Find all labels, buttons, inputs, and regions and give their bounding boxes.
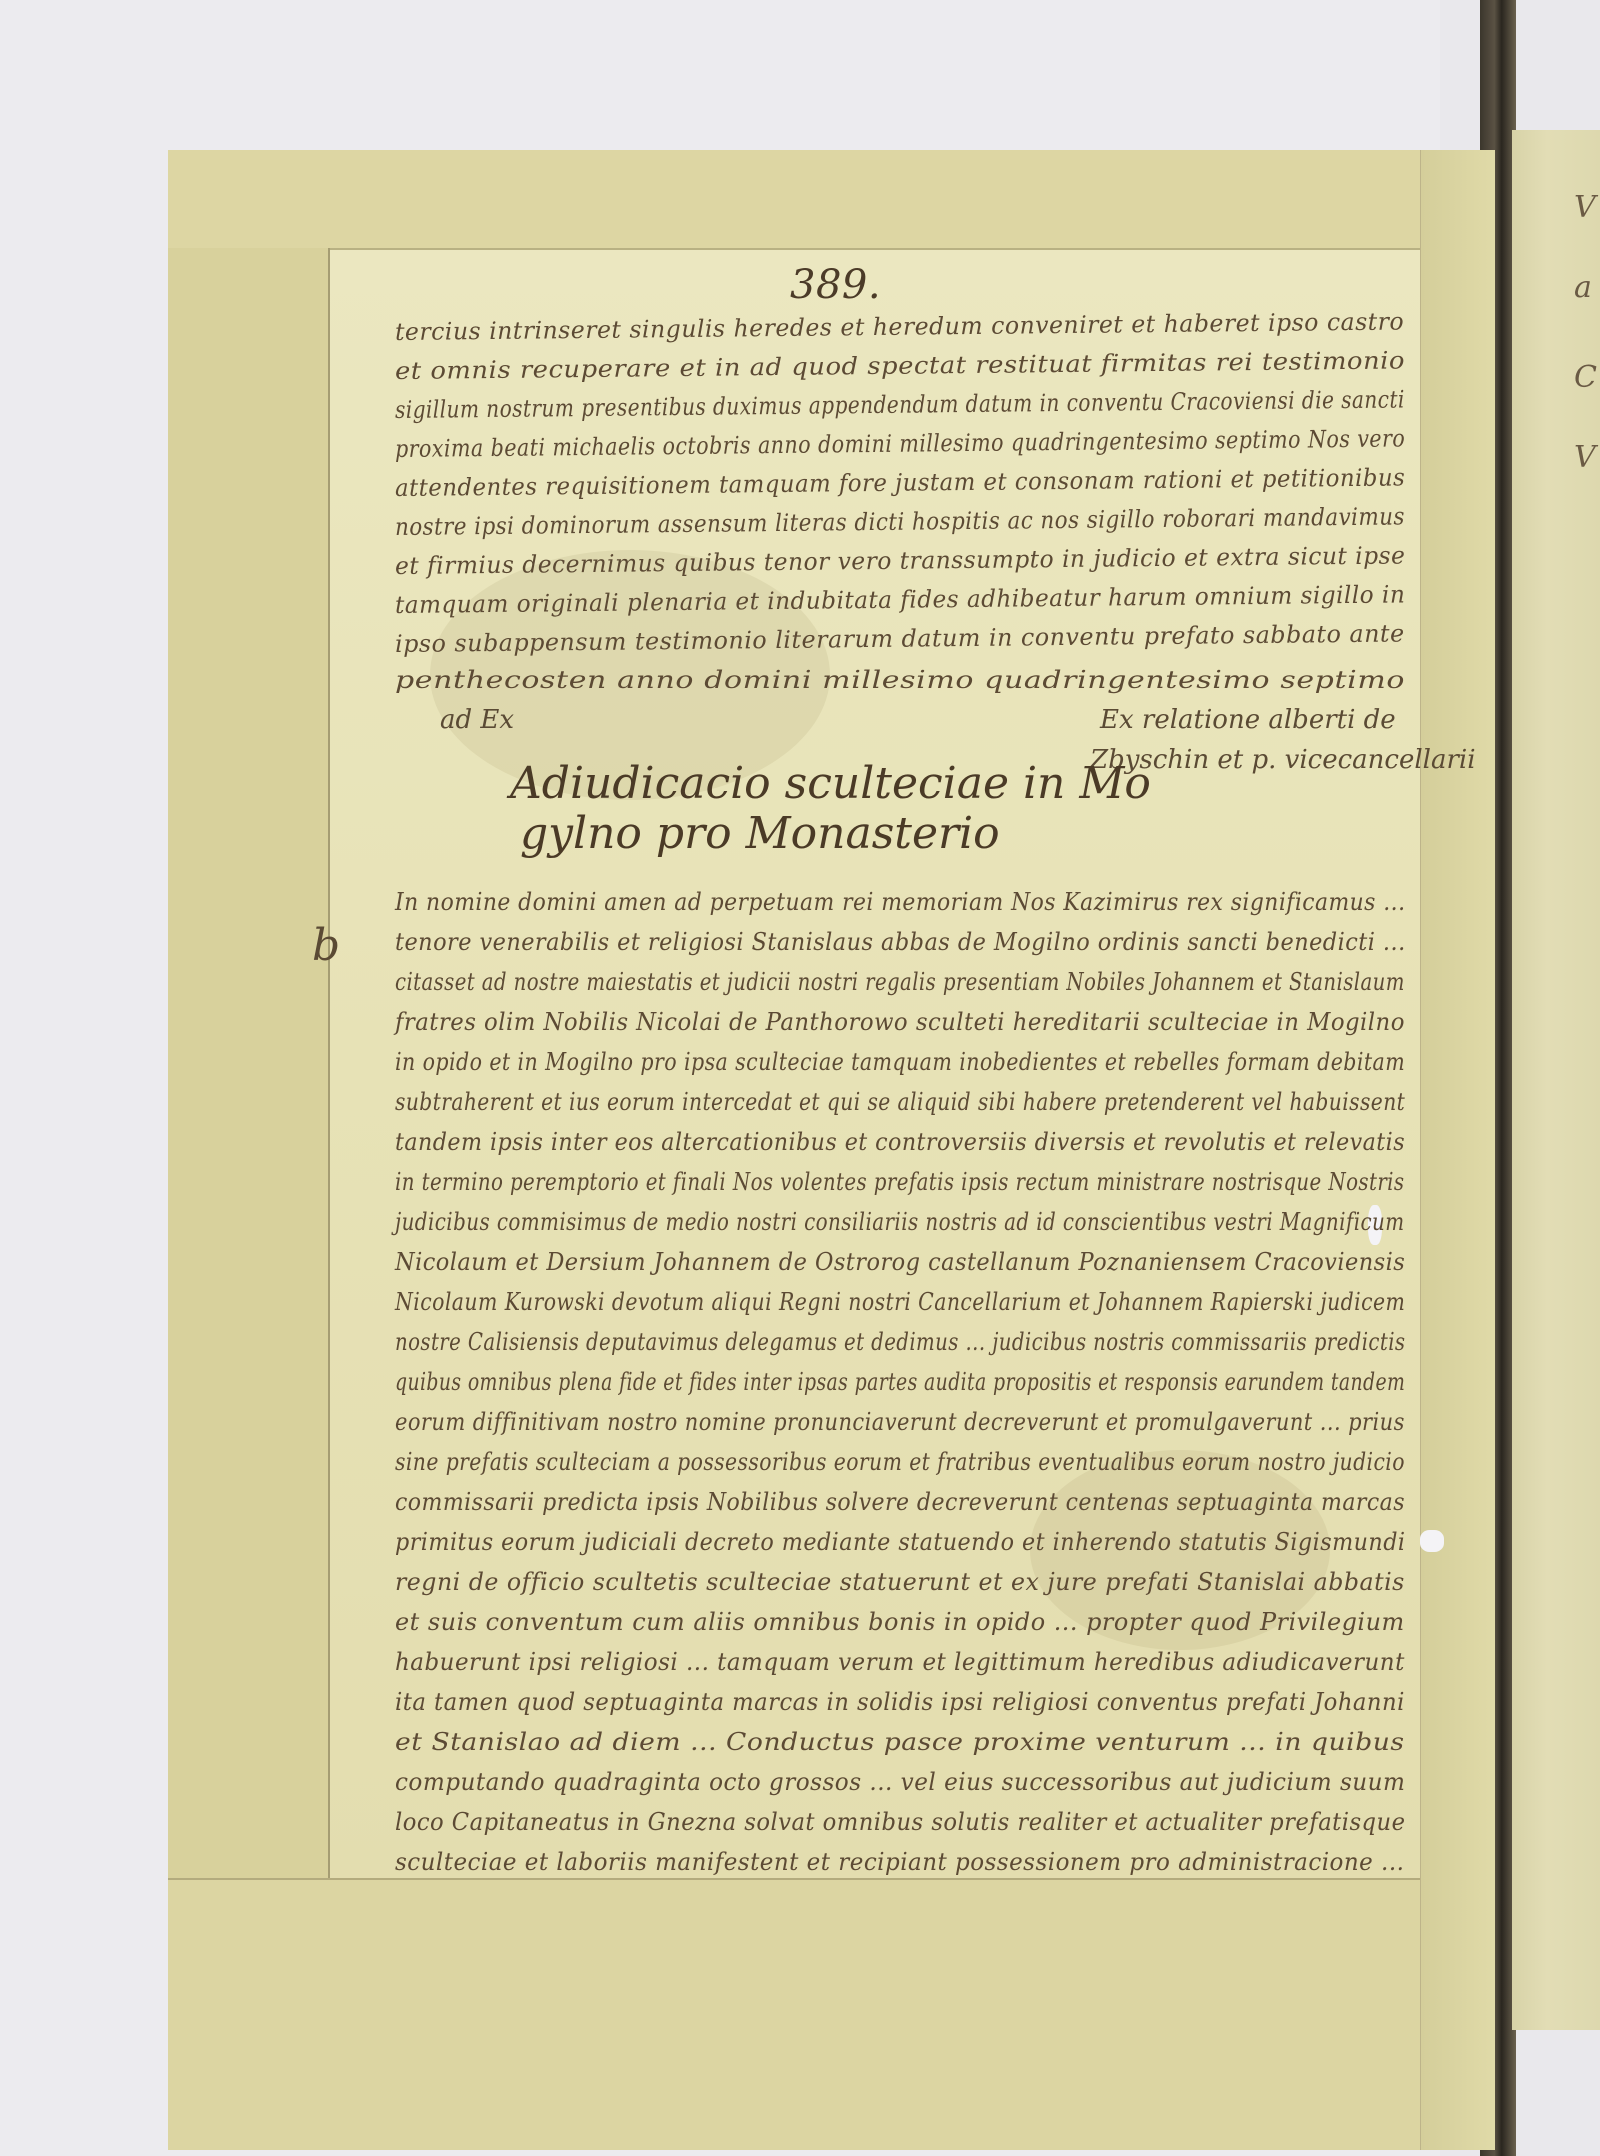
text-line: subtraherent et ius eorum intercedat et …: [395, 1088, 1405, 1116]
text-line: eorum diffinitivam nostro nomine pronunc…: [395, 1408, 1405, 1436]
text-line: et Stanislao ad diem ... Conductus pasce…: [395, 1728, 1405, 1756]
signature-line: Ex relatione alberti de: [1100, 705, 1396, 735]
adjacent-page-edge: V a C V: [1512, 130, 1600, 2030]
text-line: sculteciae et laboriis manifestent et re…: [395, 1848, 1404, 1876]
adjacent-page-glyph: C: [1574, 360, 1597, 395]
text-line: In nomine domini amen ad perpetuam rei m…: [395, 888, 1405, 916]
text-line: penthecosten anno domini millesimo quadr…: [395, 666, 1405, 694]
text-line: commissarii predicta ipsis Nobilibus sol…: [395, 1488, 1405, 1516]
leaf-left-margin-strip: [168, 248, 330, 1878]
text-line: tandem ipsis inter eos altercationibus e…: [395, 1128, 1405, 1156]
text-line: Nicolaum et Dersium Johannem de Ostrorog…: [395, 1248, 1405, 1276]
heading-line: gylno pro Monasterio: [520, 808, 1000, 859]
text-line: nostre Calisiensis deputavimus delegamus…: [395, 1328, 1405, 1356]
text-line: et suis conventum cum aliis omnibus boni…: [395, 1608, 1405, 1636]
text-line: sine prefatis sculteciam a possessoribus…: [395, 1448, 1405, 1476]
adjacent-page-glyph: V: [1574, 190, 1596, 225]
leaf-right-fold: [1420, 150, 1495, 2150]
text-line: habuerunt ipsi religiosi ... tamquam ver…: [395, 1648, 1405, 1676]
text-line: primitus eorum judiciali decreto mediant…: [395, 1528, 1406, 1556]
text-line: judicibus commisimus de medio nostri con…: [395, 1208, 1405, 1236]
margin-bracket: b: [312, 920, 340, 971]
heading-line: Adiudicacio sculteciae in Mo: [510, 758, 1151, 809]
text-line: fratres olim Nobilis Nicolai de Panthoro…: [395, 1008, 1405, 1036]
text-line: ita tamen quod septuaginta marcas in sol…: [395, 1688, 1405, 1716]
adjacent-page-glyph: V: [1574, 440, 1596, 475]
adjacent-page-glyph: a: [1574, 270, 1592, 305]
text-line: in opido et in Mogilno pro ipsa sculteci…: [395, 1048, 1405, 1076]
margin-note: ad Ex: [440, 705, 514, 735]
text-line: citasset ad nostre maiestatis et judicii…: [395, 968, 1405, 996]
leaf-bottom-margin-strip: [168, 1878, 1494, 2150]
text-line: tenore venerabilis et religiosi Stanisla…: [395, 928, 1406, 956]
text-line: quibus omnibus plena fide et fides inter…: [395, 1368, 1405, 1396]
parchment-hole: [1420, 1530, 1444, 1552]
text-line: regni de officio scultetis sculteciae st…: [395, 1568, 1405, 1596]
text-line: loco Capitaneatus in Gnezna solvat omnib…: [395, 1808, 1405, 1836]
text-line: Nicolaum Kurowski devotum aliqui Regni n…: [395, 1288, 1405, 1316]
leaf-top-margin-strip: [168, 150, 1494, 250]
text-line: computando quadraginta octo grossos ... …: [395, 1768, 1405, 1796]
text-line: in termino peremptorio et finali Nos vol…: [395, 1168, 1404, 1196]
page-number: 389.: [790, 262, 881, 308]
